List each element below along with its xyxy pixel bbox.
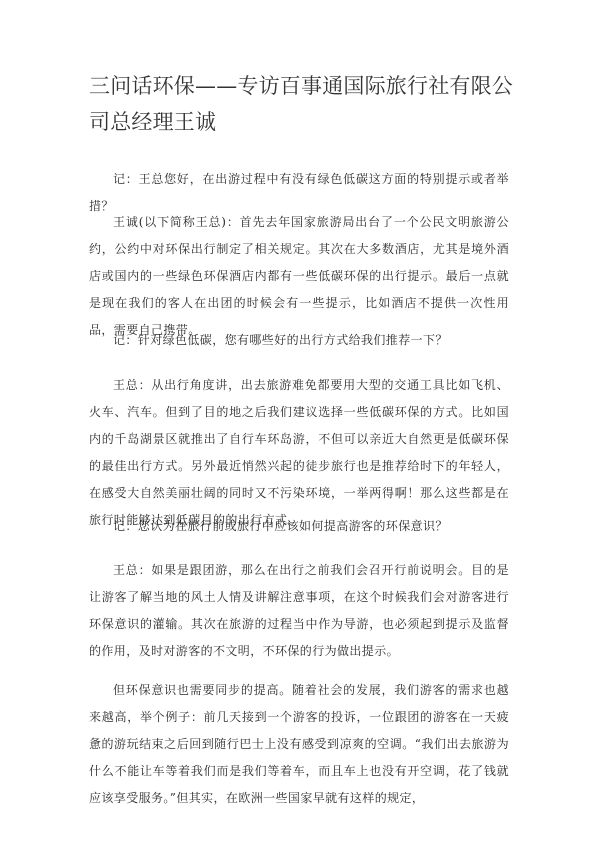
interview-question-2: 记：针对绿色低碳，您有哪些好的出行方式给我们推荐一下？ <box>89 327 509 354</box>
interview-answer-2: 王总：从出行角度讲，出去旅游难免都要用大型的交通工具比如飞机、火车、汽车。但到了… <box>89 372 509 534</box>
interview-answer-3: 王总：如果是跟团游，那么在出行之前我们会召开行前说明会。目的是让游客了解当地的风… <box>89 557 509 665</box>
interview-answer-3-continued: 但环保意识也需要同步的提高。随着社会的发展，我们游客的需求也越来越高，举个例子：… <box>89 677 509 812</box>
interview-question-3: 记：您认为在旅行前或旅行中应该如何提高游客的环保意识？ <box>89 513 509 540</box>
document-title: 三问话环保——专访百事通国际旅行社有限公司总经理王诚 <box>89 68 519 140</box>
interview-answer-1: 王诚(以下简称王总)：首先去年国家旅游局出台了一个公民文明旅游公约，公约中对环保… <box>89 209 509 344</box>
document-page: 三问话环保——专访百事通国际旅行社有限公司总经理王诚 记：王总您好，在出游过程中… <box>0 0 595 842</box>
